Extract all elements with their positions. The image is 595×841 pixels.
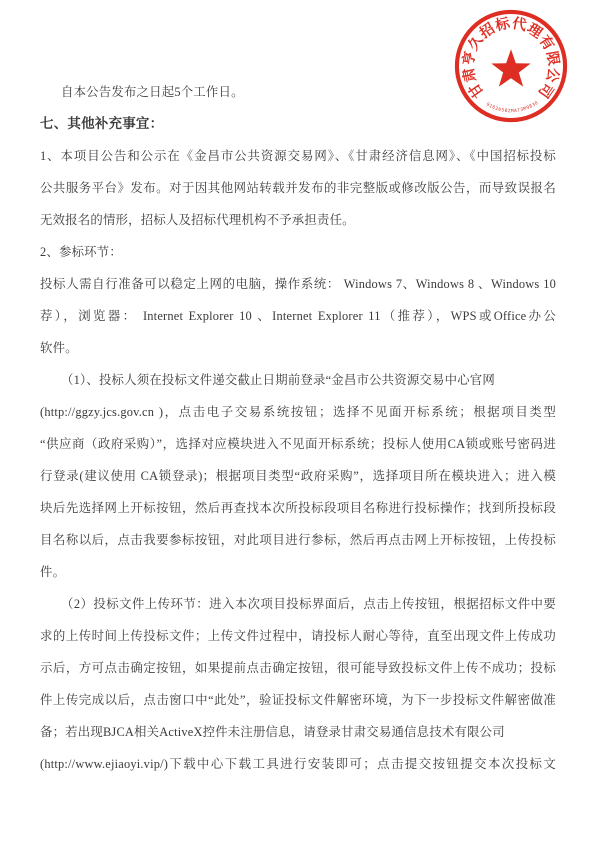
text-line: 自本公告发布之日起5个工作日。 (40, 76, 556, 108)
text-line: （1）、投标人须在投标文件递交截止日期前登录“金昌市公共资源交易中心官网 (40, 364, 556, 396)
document-text-block: 自本公告发布之日起5个工作日。七、其他补充事宜：1、本项目公告和公示在《金昌市公… (40, 76, 556, 780)
text-line: 块后先选择网上开标按钮，然后再查找本次所投标段项目名称进行投标操作；找到所投标段… (40, 492, 556, 524)
section-heading: 七、其他补充事宜： (40, 108, 556, 140)
text-line: 1、本项目公告和公示在《金昌市公共资源交易网》、《甘肃经济信息网》、《中国招标投… (40, 140, 556, 172)
document-page: 甘肃亨久招标代理有限公司 91620502MA73M98307 自本公告发布之日… (0, 0, 595, 841)
seal-company-char: 限 (543, 50, 563, 68)
text-line: 示后，方可点击确定按钮，如果提前点击确定按钮，很可能导致投标文件上传不成功；投标… (40, 652, 556, 684)
text-line: （2）投标文件上传环节：进入本次项目投标界面后，点击上传按钮，根据招标文件中要 (40, 588, 556, 620)
text-line: 投标人需自行准备可以稳定上网的电脑，操作系统： Windows 7、Window… (40, 268, 556, 300)
text-line: “供应商（政府采购）”，选择对应模块进入不见面开标系统；投标人使用CA锁或账号密… (40, 428, 556, 460)
text-line: (http://ggzy.jcs.gov.cn )，点击电子交易系统按钮；选择不… (40, 396, 556, 428)
text-line: 件上传完成以后，点击窗口中“此处”，验证投标文件解密环境，为下一步投标文件解密做… (40, 684, 556, 716)
text-line: 行登录(建议使用 CA锁登录)；根据项目类型“政府采购”，选择项目所在模块进入；… (40, 460, 556, 492)
text-line: 备；若出现BJCA相关ActiveX控件未注册信息，请登录甘肃交易通信息技术有限… (40, 716, 556, 748)
seal-company-char: 标 (493, 15, 512, 35)
text-line: 目名称以后，点击我要参标按钮，对此项目进行参标，然后再点击网上开标按钮，上传投标… (40, 524, 556, 556)
text-line: 求的上传时间上传投标文件；上传文件过程中，请投标人耐心等待，直至出现文件上传成功… (40, 620, 556, 652)
text-line: 公共服务平台》发布。对于因其他网站转载并发布的非完整版或修改版公告，而导致误报名… (40, 172, 556, 204)
text-line: 2、参标环节： (40, 236, 556, 268)
text-line: 荐），浏览器： Internet Explorer 10 、Internet E… (40, 300, 556, 332)
text-line: 件。 (40, 556, 556, 588)
text-line: 软件。 (40, 332, 556, 364)
text-line: (http://www.ejiaoyi.vip/)下载中心下载工具进行安装即可；… (40, 748, 556, 780)
text-line: 无效报名的情形，招标人及招标代理机构不予承担责任。 (40, 204, 556, 236)
